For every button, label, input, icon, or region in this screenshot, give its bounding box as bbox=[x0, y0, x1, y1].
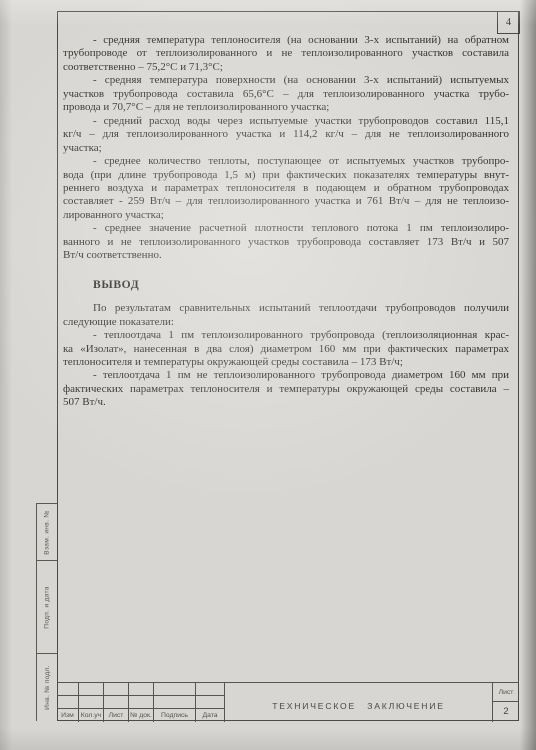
sheet-cell: Лист 2 bbox=[492, 683, 519, 722]
scanned-page: 4 - средняя температура теплоносителя (н… bbox=[0, 0, 536, 750]
side-stamp-cell: Инв. № подл. bbox=[37, 654, 57, 721]
paragraph-line: вода (при длине трубопровода 1,5 м) при … bbox=[63, 169, 509, 182]
paragraph-line: ка «Изолат», нанесенная в два слоя) диам… bbox=[63, 343, 509, 356]
side-stamp-label: Подп. и дата bbox=[44, 586, 51, 628]
revision-column-header: Дата bbox=[196, 709, 224, 722]
side-stamp-label: Взам. инв. № bbox=[44, 510, 51, 554]
side-stamp-cell: Подп. и дата bbox=[37, 561, 57, 654]
revision-header-row: ИзмКол.учЛист№ док.ПодписьДата bbox=[57, 709, 224, 722]
paragraph-line: теплоносителя и температуры окружающей с… bbox=[63, 356, 509, 369]
paragraph-line: - средний расход воды через испытуемые у… bbox=[63, 115, 509, 128]
revision-cell bbox=[129, 683, 154, 695]
revision-empty-row bbox=[57, 696, 224, 709]
revision-column-header: № док. bbox=[129, 709, 154, 722]
paragraph-line: По результатам сравнительных испытаний т… bbox=[63, 302, 509, 315]
paragraph: - теплоотдача 1 пм теплоизолированного т… bbox=[63, 329, 509, 369]
paragraph: По результатам сравнительных испытаний т… bbox=[63, 302, 509, 329]
paragraph-line: кг/ч – для теплоизолированного участка и… bbox=[63, 128, 509, 141]
side-stamp-column: Взам. инв. №Подп. и датаИнв. № подл. bbox=[36, 503, 57, 721]
paragraph-line: реннего воздуха и параметрах теплоносите… bbox=[63, 182, 509, 195]
revision-column-header: Лист bbox=[104, 709, 129, 722]
revision-cell bbox=[154, 696, 196, 708]
revision-table: ИзмКол.учЛист№ док.ПодписьДата bbox=[57, 683, 224, 722]
revision-cell bbox=[57, 683, 79, 695]
paragraph: - средний расход воды через испытуемые у… bbox=[63, 115, 509, 155]
paragraph-line: составляет - 259 Вт/ч – для теплоизолиро… bbox=[63, 195, 509, 208]
revision-cell bbox=[154, 683, 196, 695]
paragraph: - среднее значение расчетной плотности т… bbox=[63, 222, 509, 262]
revision-column-header: Кол.уч bbox=[79, 709, 104, 722]
page-number: 4 bbox=[506, 17, 511, 28]
document-title: ТЕХНИЧЕСКОЕ ЗАКЛЮЧЕНИЕ bbox=[272, 695, 445, 711]
paragraph-line: соответственно – 75,2°С и 71,3°С; bbox=[63, 61, 509, 74]
paragraph-line: фактических параметрах теплоносителя и т… bbox=[63, 383, 509, 396]
paragraph: - средняя температура поверхности (на ос… bbox=[63, 74, 509, 114]
title-block: ИзмКол.учЛист№ док.ПодписьДата ТЕХНИЧЕСК… bbox=[57, 682, 519, 721]
paragraph-line: 507 Вт/ч. bbox=[63, 396, 509, 409]
side-stamp-cell: Взам. инв. № bbox=[37, 504, 57, 561]
paragraph-line: - средняя температура теплоносителя (на … bbox=[63, 34, 509, 47]
revision-cell bbox=[196, 683, 224, 695]
paragraph-line: - теплоотдача 1 пм не теплоизолированног… bbox=[63, 369, 509, 382]
paragraph: - средняя температура теплоносителя (на … bbox=[63, 34, 509, 74]
revision-column-header: Подпись bbox=[154, 709, 196, 722]
revision-empty-row bbox=[57, 683, 224, 696]
revision-column-header: Изм bbox=[57, 709, 79, 722]
paragraph-line: участка; bbox=[63, 142, 509, 155]
sheet-label: Лист bbox=[493, 683, 519, 702]
page-number-box: 4 bbox=[497, 11, 520, 34]
scan-shadow-left bbox=[0, 0, 12, 750]
paragraph-line: провода и 70,7°С – для не теплоизолирова… bbox=[63, 101, 509, 114]
revision-cell bbox=[104, 683, 129, 695]
revision-cell bbox=[79, 683, 104, 695]
paragraph-line: - средняя температура поверхности (на ос… bbox=[63, 74, 509, 87]
paragraph: - теплоотдача 1 пм не теплоизолированног… bbox=[63, 369, 509, 409]
revision-cell bbox=[57, 696, 79, 708]
paragraph-line: Вт/ч соответственно. bbox=[63, 249, 509, 262]
doc-title-cell: ТЕХНИЧЕСКОЕ ЗАКЛЮЧЕНИЕ bbox=[224, 683, 492, 722]
paragraph-line: - среднее количество теплоты, поступающе… bbox=[63, 155, 509, 168]
side-stamp-label: Инв. № подл. bbox=[44, 665, 51, 710]
paragraph: - среднее количество теплоты, поступающе… bbox=[63, 155, 509, 222]
section-heading: ВЫВОД bbox=[63, 278, 509, 291]
revision-cell bbox=[79, 696, 104, 708]
paragraph-line: - теплоотдача 1 пм теплоизолированного т… bbox=[63, 329, 509, 342]
paragraph-line: трубопроводе от теплоизолированного и не… bbox=[63, 47, 509, 60]
revision-cell bbox=[104, 696, 129, 708]
paragraph-line: - среднее значение расчетной плотности т… bbox=[63, 222, 509, 235]
revision-cell bbox=[129, 696, 154, 708]
paragraph-line: участков трубопровода составила 65,6°С –… bbox=[63, 88, 509, 101]
paragraph-line: ванного и не теплоизолированного участко… bbox=[63, 236, 509, 249]
sheet-number: 2 bbox=[493, 702, 519, 721]
paragraph-line: лированного участка; bbox=[63, 209, 509, 222]
document-body: - средняя температура теплоносителя (на … bbox=[63, 34, 509, 410]
revision-cell bbox=[196, 696, 224, 708]
scan-shadow-right bbox=[520, 0, 536, 750]
paragraph-line: следующие показатели: bbox=[63, 316, 509, 329]
